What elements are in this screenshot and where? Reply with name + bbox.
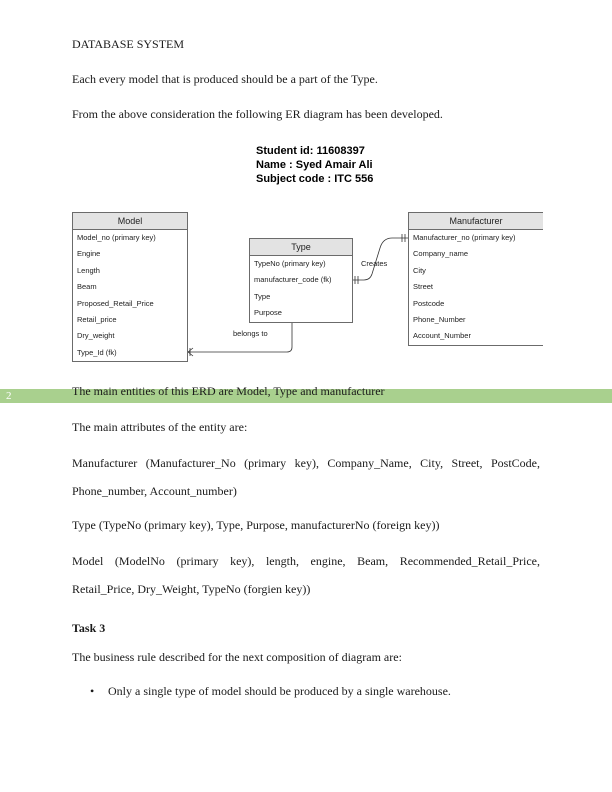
paragraph-business-rule: The business rule described for the next… xyxy=(72,650,402,664)
entity-type[interactable]: Type TypeNo (primary key) manufacturer_c… xyxy=(249,238,353,323)
paragraph-main-attributes: The main attributes of the entity are: xyxy=(72,420,247,434)
relationship-label-creates: Creates xyxy=(361,259,387,268)
entity-attribute: Street xyxy=(409,279,543,295)
entity-model-title: Model xyxy=(73,213,187,230)
entity-attribute: Postcode xyxy=(409,296,543,312)
entity-attribute: Account_Number xyxy=(409,328,543,344)
entity-manufacturer-title: Manufacturer xyxy=(409,213,543,230)
paragraph-er-intro: From the above consideration the followi… xyxy=(72,107,443,121)
entity-attribute: Manufacturer_no (primary key) xyxy=(409,230,543,246)
page-number: 2 xyxy=(6,390,12,402)
paragraph-type-attrs: Type (TypeNo (primary key), Type, Purpos… xyxy=(72,518,439,532)
diagram-caption: Student id: 11608397 Name : Syed Amair A… xyxy=(256,144,373,186)
entity-attribute: Dry_weight xyxy=(73,328,187,344)
entity-attribute: Retail_price xyxy=(73,312,187,328)
entity-attribute: Phone_Number xyxy=(409,312,543,328)
entity-attribute: Type xyxy=(250,289,352,305)
entity-attribute: TypeNo (primary key) xyxy=(250,256,352,272)
paragraph-manufacturer-attrs-line1: Manufacturer (Manufacturer_No (primary k… xyxy=(72,456,540,470)
entity-model[interactable]: Model Model_no (primary key) Engine Leng… xyxy=(72,212,188,362)
relationship-label-belongs-to: belongs to xyxy=(233,329,268,338)
paragraph-model-attrs-line2: Retail_Price, Dry_Weight, TypeNo (forgie… xyxy=(72,582,310,596)
entity-attribute: Model_no (primary key) xyxy=(73,230,187,246)
entity-manufacturer[interactable]: Manufacturer Manufacturer_no (primary ke… xyxy=(408,212,543,346)
paragraph-manufacturer-attrs-line2: Phone_number, Account_number) xyxy=(72,484,237,498)
student-name: Name : Syed Amair Ali xyxy=(256,158,373,172)
entity-attribute: Engine xyxy=(73,246,187,262)
entity-attribute: Proposed_Retail_Price xyxy=(73,296,187,312)
task-heading: Task 3 xyxy=(72,621,105,635)
paragraph-main-entities: The main entities of this ERD are Model,… xyxy=(72,384,385,398)
entity-attribute: Type_Id (fk) xyxy=(73,345,187,361)
entity-attribute: Company_name xyxy=(409,246,543,262)
entity-attribute: Length xyxy=(73,263,187,279)
paragraph-model-attrs-line1: Model (ModelNo (primary key), length, en… xyxy=(72,554,540,568)
bullet-icon: • xyxy=(90,684,94,699)
bullet-item: Only a single type of model should be pr… xyxy=(108,684,451,698)
entity-type-title: Type xyxy=(250,239,352,256)
entity-attribute: Beam xyxy=(73,279,187,295)
entity-attribute: Purpose xyxy=(250,305,352,321)
entity-attribute: manufacturer_code (fk) xyxy=(250,272,352,288)
entity-attribute: City xyxy=(409,263,543,279)
subject-code: Subject code : ITC 556 xyxy=(256,172,373,186)
document-header: DATABASE SYSTEM xyxy=(72,37,184,51)
paragraph-model-type: Each every model that is produced should… xyxy=(72,72,378,86)
student-id: Student id: 11608397 xyxy=(256,144,373,158)
